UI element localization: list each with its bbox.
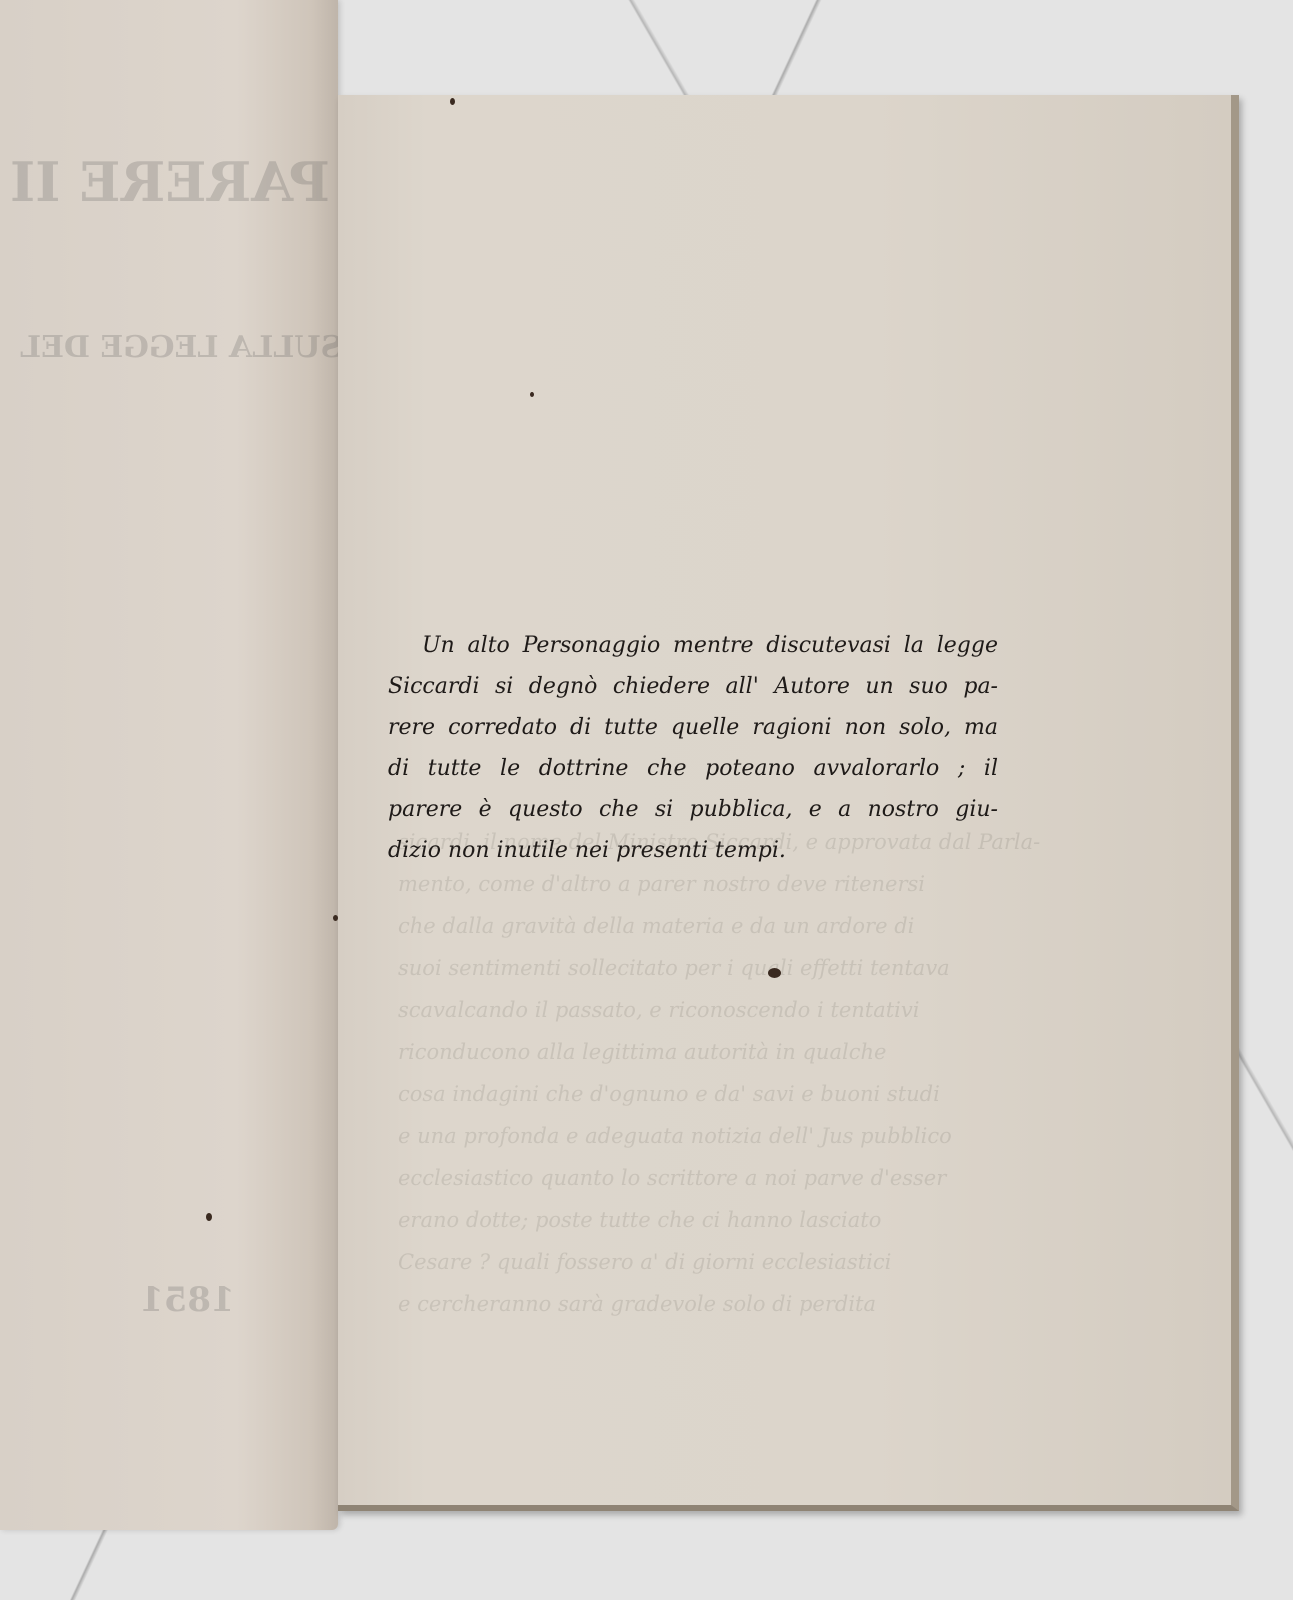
ink-spot (768, 968, 781, 978)
show-through-title: PARERE II (10, 150, 330, 214)
show-through-year: 1851 (140, 1280, 235, 1320)
paragraph-line: Siccardi si degnò chiedere all' Autore u… (388, 666, 998, 707)
bleed-line: cosa indagini che d'ognuno e da' savi e … (398, 1082, 940, 1106)
bleed-line: che dalla gravità della materia e da un … (398, 914, 914, 938)
paragraph-line: di tutte le dottrine che poteano avvalor… (388, 748, 998, 789)
bleed-line: suoi sentimenti sollecitato per i quali … (398, 956, 950, 980)
bleed-line: ecclesiastico quanto lo scrittore a noi … (398, 1166, 946, 1190)
bleed-line: e cercheranno sarà gradevole solo di per… (398, 1292, 876, 1316)
left-page: PARERE II SULLA LEGGE DEL 1851 (0, 0, 338, 1530)
show-through-subtitle: SULLA LEGGE DEL (20, 330, 342, 365)
bleed-line: riconducono alla legittima autorità in q… (398, 1040, 886, 1064)
ink-spot (530, 392, 534, 397)
preface-paragraph: Un alto Personaggio mentre discutevasi l… (388, 625, 998, 871)
bleed-line: mento, come d'altro a parer nostro deve … (398, 872, 925, 896)
right-page: sicardi, il nome del Ministro Siccardi, … (338, 95, 1239, 1511)
paragraph-line: Un alto Personaggio mentre discutevasi l… (388, 625, 998, 666)
bleed-line: erano dotte; poste tutte che ci hanno la… (398, 1208, 881, 1232)
ink-spot (206, 1213, 212, 1221)
ink-spot (450, 98, 455, 105)
bleed-line: scavalcando il passato, e riconoscendo i… (398, 998, 919, 1022)
bleed-line: e una profonda e adeguata notizia dell' … (398, 1124, 952, 1148)
paragraph-line: rere corredato di tutte quelle ragioni n… (388, 707, 998, 748)
paragraph-line: dizio non inutile nei presenti tempi. (388, 830, 998, 871)
paragraph-line: parere è questo che si pubblica, e a nos… (388, 789, 998, 830)
bleed-line: Cesare ? quali fossero a' di giorni eccl… (398, 1250, 891, 1274)
ink-spot (333, 915, 338, 921)
